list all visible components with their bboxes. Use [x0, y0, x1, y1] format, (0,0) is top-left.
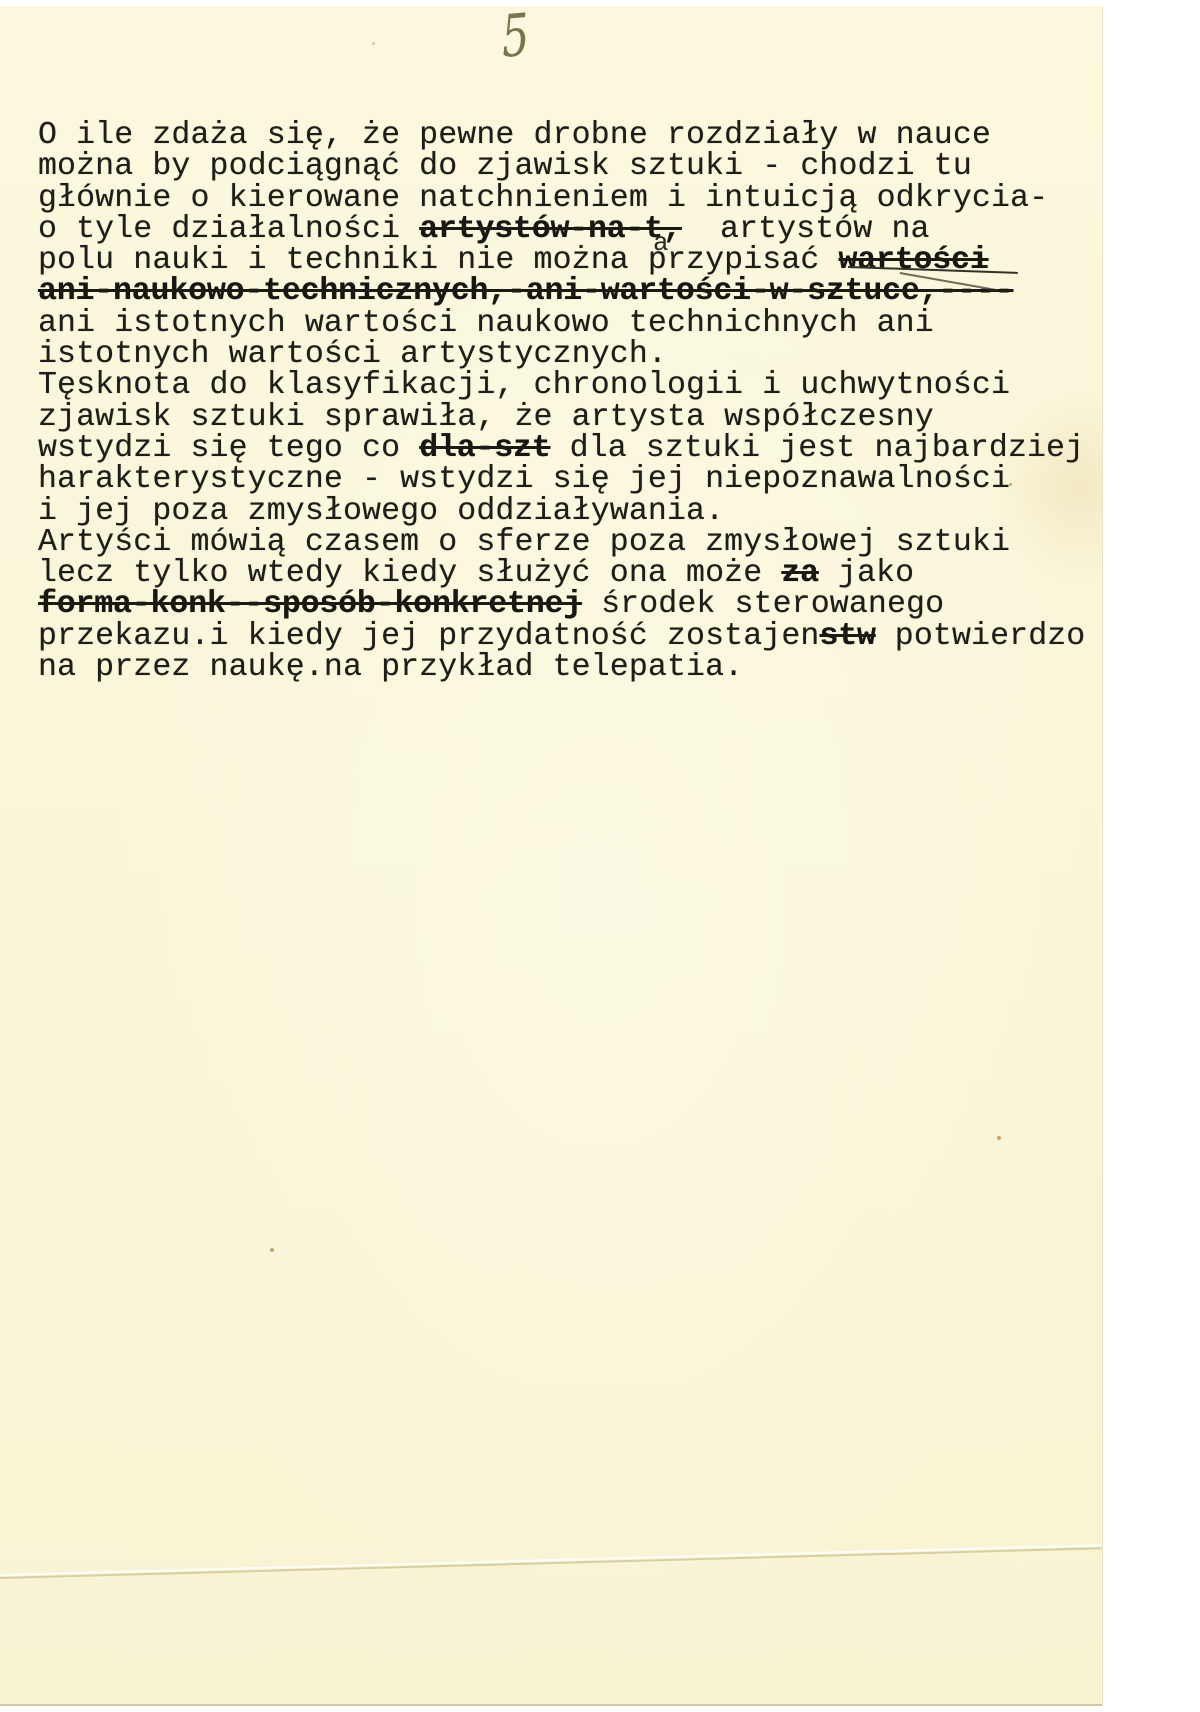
typed-text: Tęsknota do klasyfikacji, chronologii i …	[38, 368, 1010, 403]
typed-text: dla sztuki jest najbardziej	[551, 431, 1085, 466]
typed-text: polu nauki i techniki nie można przypisa…	[38, 243, 839, 278]
struck-out-text: wartości	[839, 243, 989, 278]
struck-out-text: za	[781, 556, 819, 591]
text-line: O ile zdaża się, że pewne drobne rozdzia…	[38, 120, 1085, 151]
typed-text: O ile zdaża się, że pewne drobne rozdzia…	[38, 118, 991, 153]
paper-speck	[372, 42, 375, 45]
handwritten-page-number: 5	[500, 5, 531, 65]
paper-speck	[997, 1136, 1001, 1140]
paper-speck	[1009, 483, 1012, 486]
typed-text: przekazu.i kiedy jej przydatność zostaje…	[38, 619, 819, 654]
typed-text: ani istotnych wartości naukowo technichn…	[38, 306, 934, 341]
typed-text: i jej poza zmysłowego oddziaływania.	[38, 494, 724, 529]
paper-fold-line	[0, 1547, 1102, 1579]
document-page: 5 O ile zdaża się, że pewne drobne rozdz…	[0, 6, 1103, 1706]
text-line: głównie o kierowane natchnieniem i intui…	[38, 183, 1085, 214]
text-line: istotnych wartości artystycznych.	[38, 339, 1085, 370]
struck-out-text: stw	[819, 619, 875, 654]
text-line: można by podciągnąć do zjawisk sztuki - …	[38, 151, 1085, 182]
text-line: wstydzi się tego co dla-szt dla sztuki j…	[38, 433, 1085, 464]
text-line: i jej poza zmysłowego oddziaływania.	[38, 496, 1085, 527]
typed-text: głównie o kierowane natchnieniem i intui…	[38, 181, 1048, 216]
text-line: o tyle działalności artystów-na-t, artys…	[38, 214, 1085, 245]
struck-out-text: dla-szt	[419, 431, 550, 466]
paper-speck	[270, 1248, 274, 1252]
text-line: lecz tylko wtedy kiedy służyć ona może z…	[38, 558, 1085, 589]
typed-text: artystów na	[682, 212, 930, 247]
typed-text: na przez naukę.na przykład telepatia.	[38, 650, 743, 685]
typed-text: można by podciągnąć do zjawisk sztuki - …	[38, 149, 972, 184]
text-line: przekazu.i kiedy jej przydatność zostaje…	[38, 621, 1085, 652]
typed-text: jako	[819, 556, 914, 591]
typed-text: o tyle działalności	[38, 212, 419, 247]
paper-fold-highlight	[0, 1544, 1102, 1576]
typed-text: środek sterowanego	[582, 587, 944, 622]
text-line: zjawisk sztuki sprawiła, że artysta wspó…	[38, 402, 1085, 433]
paper-bottom-edge	[0, 1704, 1102, 1706]
text-line: Tęsknota do klasyfikacji, chronologii i …	[38, 370, 1085, 401]
handwritten-correction: a	[653, 228, 669, 258]
text-line: harakterystyczne - wstydzi się jej niepo…	[38, 464, 1085, 495]
typed-text: potwierdzo	[876, 619, 1086, 654]
typed-text: wstydzi się tego co	[38, 431, 419, 466]
text-line: forma-konk--sposób-konkretnej środek ste…	[38, 589, 1085, 620]
text-line: ani istotnych wartości naukowo technichn…	[38, 308, 1085, 339]
struck-out-text: ani-naukowo-technicznych,-ani-wartości-w…	[38, 274, 1014, 309]
typewritten-text-body: O ile zdaża się, że pewne drobne rozdzia…	[38, 120, 1085, 683]
struck-out-text: artystów-na-t,	[419, 212, 682, 247]
text-line: Artyści mówią czasem o sferze poza zmysł…	[38, 527, 1085, 558]
text-line: polu nauki i techniki nie można przypisa…	[38, 245, 1085, 276]
text-line: na przez naukę.na przykład telepatia.	[38, 652, 1085, 683]
typed-text: lecz tylko wtedy kiedy służyć ona może	[38, 556, 781, 591]
typed-text: harakterystyczne - wstydzi się jej niepo…	[38, 462, 1010, 497]
text-line: ani-naukowo-technicznych,-ani-wartości-w…	[38, 276, 1085, 307]
typed-text: istotnych wartości artystycznych.	[38, 337, 667, 372]
typed-text: zjawisk sztuki sprawiła, że artysta wspó…	[38, 400, 934, 435]
struck-out-text: forma-konk--sposób-konkretnej	[38, 587, 582, 622]
typed-text: Artyści mówią czasem o sferze poza zmysł…	[38, 525, 1010, 560]
